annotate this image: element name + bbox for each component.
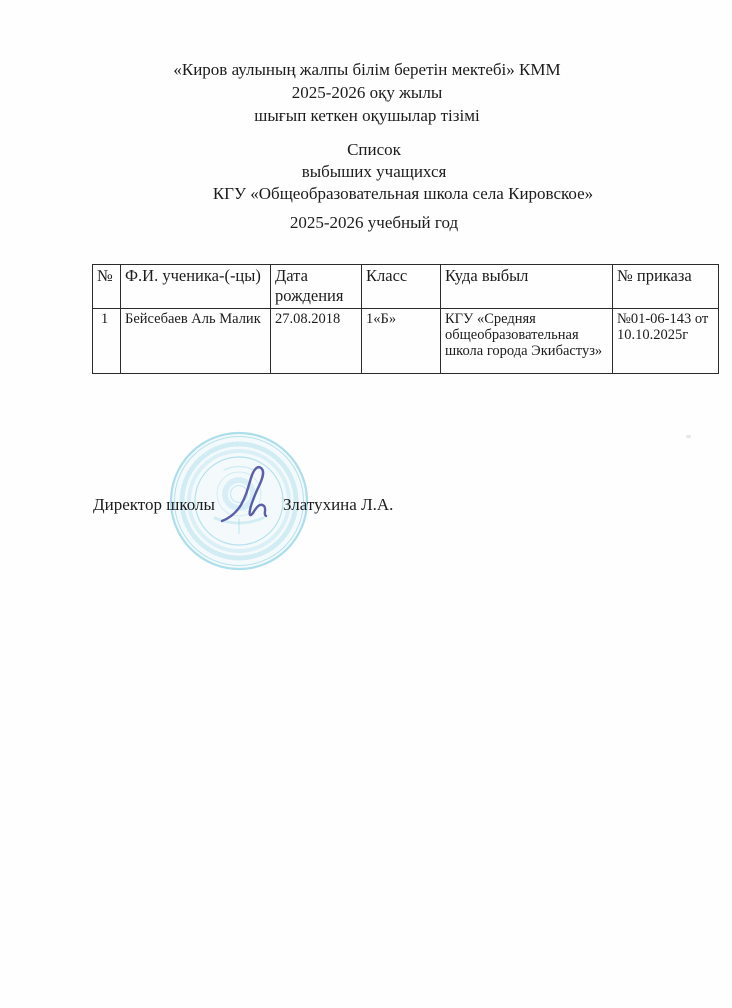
header-cell-order-number: № приказа bbox=[613, 265, 719, 309]
russian-header: Список выбыших учащихся КГУ «Общеобразов… bbox=[0, 139, 732, 205]
students-table: № Ф.И. ученика-(-цы) Дата рождения Класс… bbox=[92, 264, 719, 374]
school-year-kk: 2025-2026 оқу жылы bbox=[1, 81, 732, 104]
director-name: Златухина Л.А. bbox=[283, 494, 393, 516]
header-cell-class: Класс bbox=[362, 265, 441, 309]
kazakh-header: «Киров аулының жалпы білім беретін мекте… bbox=[0, 58, 732, 127]
table-row: 1 Бейсебаев Аль Малик 27.08.2018 1«Б» КГ… bbox=[93, 309, 719, 374]
school-name-ru: КГУ «Общеобразовательная школа села Киро… bbox=[37, 183, 732, 205]
header-cell-destination: Куда выбыл bbox=[441, 265, 613, 309]
cell-number: 1 bbox=[93, 309, 121, 374]
cell-order-number: №01-06-143 от 10.10.2025г bbox=[613, 309, 719, 374]
cell-birth-date: 27.08.2018 bbox=[271, 309, 362, 374]
director-role-label: Директор школы bbox=[93, 494, 215, 516]
table-header-row: № Ф.И. ученика-(-цы) Дата рождения Класс… bbox=[93, 265, 719, 309]
document-page: «Киров аулының жалпы білім беретін мекте… bbox=[0, 0, 732, 1008]
cell-class: 1«Б» bbox=[362, 309, 441, 374]
list-subtitle-ru: выбыших учащихся bbox=[8, 161, 732, 183]
cell-destination: КГУ «Средняя общеобразовательная школа г… bbox=[441, 309, 613, 374]
header-cell-birth-date: Дата рождения bbox=[271, 265, 362, 309]
school-year-ru: 2025-2026 учебный год bbox=[8, 211, 732, 234]
list-title-ru: Список bbox=[8, 139, 732, 161]
cell-student-name: Бейсебаев Аль Малик bbox=[121, 309, 271, 374]
list-title-kk: шығып кеткен оқушылар тізімі bbox=[1, 104, 732, 127]
school-year-ru-block: 2025-2026 учебный год bbox=[0, 211, 732, 234]
header-cell-number: № bbox=[93, 265, 121, 309]
director-signature-icon bbox=[210, 450, 280, 530]
scan-speck bbox=[686, 435, 691, 438]
school-name-kk: «Киров аулының жалпы білім беретін мекте… bbox=[1, 58, 732, 81]
header-cell-student-name: Ф.И. ученика-(-цы) bbox=[121, 265, 271, 309]
